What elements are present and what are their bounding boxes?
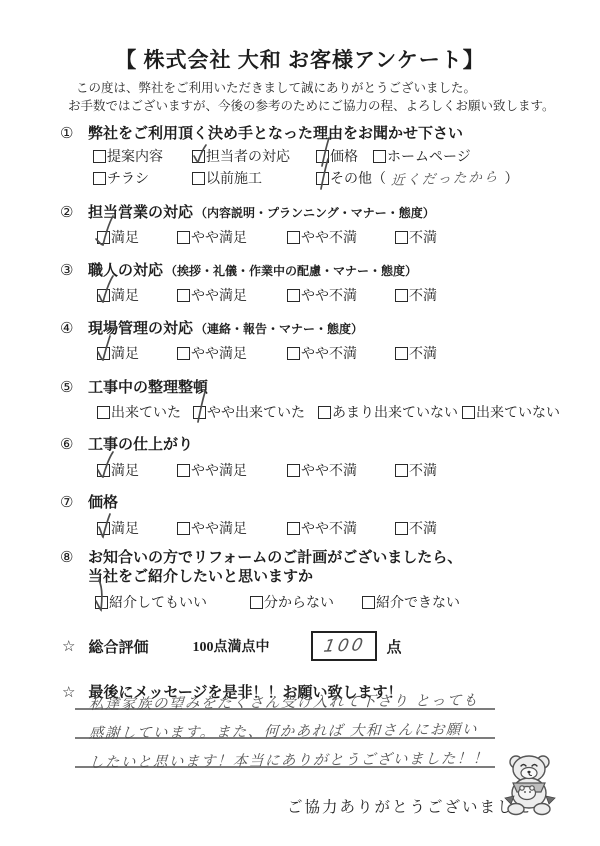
- handwritten-score: 100: [322, 635, 367, 656]
- option-label: チラシ: [107, 172, 149, 187]
- question-title: 担当営業の対応: [88, 201, 193, 222]
- option-label: やや不満: [301, 347, 357, 362]
- checkbox-option[interactable]: ホームページ: [373, 146, 471, 166]
- option-label-suffix: ）: [505, 172, 519, 187]
- option-label: 価格: [330, 150, 358, 165]
- checkbox-option[interactable]: 不満: [395, 285, 437, 305]
- checkbox-option[interactable]: 紹介できない: [362, 592, 460, 612]
- checkbox-box: [287, 464, 300, 477]
- checkbox-box: [316, 172, 329, 185]
- checkbox-box: [97, 464, 110, 477]
- option-label: やや不満: [301, 522, 357, 537]
- checkbox-option[interactable]: 分からない: [250, 592, 362, 612]
- option-label: 分からない: [264, 596, 334, 611]
- overall-score-row: ☆ 総合評価 100点満点中 100 点: [62, 631, 401, 661]
- checkbox-box: [97, 231, 110, 244]
- question-note: （内容説明・プランニング・マナー・態度）: [195, 204, 435, 221]
- options-row: 満足やや満足やや不満不満: [97, 285, 437, 305]
- options-row: 紹介してもいい分からない紹介できない: [95, 592, 460, 612]
- checkbox-option[interactable]: 提案内容: [93, 146, 192, 166]
- checkbox-option-other[interactable]: その他（近くだったから）: [316, 167, 519, 188]
- option-label: 満足: [111, 289, 139, 304]
- score-unit: 点: [386, 636, 401, 657]
- checkbox-option[interactable]: やや不満: [287, 518, 395, 538]
- checkbox-option[interactable]: やや不満: [287, 460, 395, 480]
- ruled-line: したいと思います！本当にありがとうございました！！: [75, 739, 495, 768]
- option-label: 不満: [409, 231, 437, 246]
- option-label: 不満: [409, 522, 437, 537]
- question-number: ④: [60, 319, 88, 338]
- checkbox-box: [395, 522, 408, 535]
- checkbox-option[interactable]: 満足: [97, 343, 177, 363]
- options-row: チラシ以前施工その他（近くだったから）: [93, 167, 519, 188]
- ruled-line: 私達家族の望みをたくさん受け入れて下さり とっても: [75, 681, 495, 710]
- checkbox-option[interactable]: 以前施工: [192, 168, 316, 188]
- option-label: やや満足: [191, 231, 247, 246]
- survey-form: 【 株式会社 大和 お客様アンケート】 この度は、弊社をご利用いただきまして誠に…: [0, 0, 600, 846]
- checkbox-box: [192, 172, 205, 185]
- checkbox-box: [97, 289, 110, 302]
- checkbox-box: [318, 406, 331, 419]
- checkbox-option[interactable]: やや不満: [287, 227, 395, 247]
- checkbox-option[interactable]: やや満足: [177, 343, 287, 363]
- options-row: 出来ていたやや出来ていたあまり出来ていない出来ていない: [97, 402, 560, 422]
- question-title: お知合いの方でリフォームのご計画がございましたら、: [88, 546, 462, 567]
- question-title: 職人の対応: [88, 259, 163, 280]
- ruled-line: 感謝しています。また、何かあれば 大和さんにお願い: [75, 710, 495, 739]
- question-title: 工事中の整理整頓: [88, 376, 208, 397]
- checkbox-box: [97, 522, 110, 535]
- checkbox-option[interactable]: 満足: [97, 518, 177, 538]
- option-label: 紹介してもいい: [109, 596, 207, 611]
- option-label: 担当者の対応: [206, 150, 290, 165]
- star-icon: ☆: [62, 637, 75, 656]
- checkbox-option[interactable]: 出来ていない: [462, 402, 560, 422]
- question-title-line2: 当社をご紹介したいと思いますか: [88, 565, 313, 586]
- checkbox-option[interactable]: 紹介してもいい: [95, 592, 250, 612]
- checkbox-box: [177, 347, 190, 360]
- question-number: ③: [60, 261, 88, 280]
- option-label: 満足: [111, 522, 139, 537]
- option-label: やや満足: [191, 464, 247, 479]
- checkbox-option[interactable]: 不満: [395, 460, 437, 480]
- checkbox-option[interactable]: やや満足: [177, 460, 287, 480]
- checkbox-option[interactable]: やや不満: [287, 285, 395, 305]
- question-number: ①: [60, 124, 88, 143]
- intro-text: この度は、弊社をご利用いただきまして誠にありがとうございました。 お手数ではござ…: [68, 79, 555, 115]
- checkbox-box: [287, 347, 300, 360]
- checkbox-box: [287, 522, 300, 535]
- checkbox-box: [316, 150, 329, 163]
- option-label: 不満: [409, 464, 437, 479]
- question-note: （連絡・報告・マナー・態度）: [195, 320, 363, 337]
- question-number: ⑤: [60, 378, 88, 397]
- options-row: 提案内容担当者の対応価格ホームページ: [93, 146, 471, 166]
- star-icon: ☆: [62, 683, 75, 702]
- checkbox-option[interactable]: 満足: [97, 285, 177, 305]
- option-label: やや満足: [191, 347, 247, 362]
- question-title: 現場管理の対応: [88, 317, 193, 338]
- checkbox-option[interactable]: 不満: [395, 227, 437, 247]
- message-lines[interactable]: 私達家族の望みをたくさん受け入れて下さり とっても 感謝しています。また、何かあ…: [75, 681, 495, 768]
- checkbox-box: [250, 596, 263, 609]
- intro-line-1: この度は、弊社をご利用いただきまして誠にありがとうございました。: [76, 79, 555, 97]
- overall-score-scale: 100点満点中: [192, 636, 269, 656]
- checkbox-option[interactable]: やや満足: [177, 518, 287, 538]
- option-label: やや出来ていた: [207, 406, 305, 421]
- checkbox-option[interactable]: やや満足: [177, 285, 287, 305]
- checkbox-option[interactable]: 不満: [395, 518, 437, 538]
- checkbox-box: [177, 522, 190, 535]
- checkbox-box: [395, 347, 408, 360]
- checkbox-option[interactable]: 不満: [395, 343, 437, 363]
- handwritten-other-reason: 近くだったから: [386, 165, 505, 189]
- checkbox-option[interactable]: 満足: [97, 460, 177, 480]
- checkbox-option[interactable]: 出来ていた: [97, 402, 193, 422]
- intro-line-2: お手数ではございますが、今後の参考のためにご協力の程、よろしくお願い致します。: [68, 97, 555, 115]
- checkbox-box: [287, 231, 300, 244]
- checkbox-box: [177, 231, 190, 244]
- checkbox-box: [193, 406, 206, 419]
- option-label: 不満: [409, 347, 437, 362]
- option-label: 紹介できない: [376, 596, 460, 611]
- question-title: 工事の仕上がり: [88, 433, 193, 454]
- option-label: やや不満: [301, 464, 357, 479]
- option-label: 満足: [111, 231, 139, 246]
- checkbox-box: [395, 289, 408, 302]
- question-number: ⑥: [60, 435, 88, 454]
- option-label: 満足: [111, 464, 139, 479]
- overall-score-label: 総合評価: [88, 636, 148, 657]
- checkbox-box: [192, 150, 205, 163]
- option-label: 以前施工: [206, 172, 262, 187]
- checkbox-box: [395, 464, 408, 477]
- question-number: ⑧: [60, 548, 88, 567]
- checkbox-box: [95, 596, 108, 609]
- option-label: その他（: [330, 172, 386, 187]
- option-label: 不満: [409, 289, 437, 304]
- option-label: 提案内容: [107, 150, 163, 165]
- checkbox-option[interactable]: 満足: [97, 227, 177, 247]
- checkbox-box: [97, 347, 110, 360]
- option-label: やや不満: [301, 231, 357, 246]
- handwritten-message-line: したいと思います！本当にありがとうございました！！: [89, 747, 490, 772]
- checkbox-box: [93, 150, 106, 163]
- option-label: 満足: [111, 347, 139, 362]
- checkbox-option[interactable]: やや出来ていた: [193, 402, 318, 422]
- checkbox-option[interactable]: 価格: [316, 146, 373, 166]
- checkbox-box: [462, 406, 475, 419]
- option-label: ホームページ: [387, 150, 471, 165]
- checkbox-box: [362, 596, 375, 609]
- score-box[interactable]: 100: [311, 631, 377, 661]
- footer-thanks: ご協力ありがとうございました: [287, 795, 532, 817]
- checkbox-option[interactable]: あまり出来ていない: [318, 402, 462, 422]
- checkbox-box: [373, 150, 386, 163]
- options-row: 満足やや満足やや不満不満: [97, 518, 437, 538]
- bear-mascot-icon: [499, 752, 561, 816]
- question-number: ⑦: [60, 493, 88, 512]
- question-title: 弊社をご利用頂く決め手となった理由をお聞かせ下さい: [88, 122, 463, 143]
- checkbox-box: [287, 289, 300, 302]
- option-label: 出来ていない: [476, 406, 560, 421]
- question-title: 価格: [88, 491, 118, 512]
- checkbox-option[interactable]: やや不満: [287, 343, 395, 363]
- option-label: やや満足: [191, 289, 247, 304]
- checkbox-box: [177, 464, 190, 477]
- checkbox-box: [395, 231, 408, 244]
- option-label: やや不満: [301, 289, 357, 304]
- checkbox-box: [177, 289, 190, 302]
- option-label: やや満足: [191, 522, 247, 537]
- checkbox-box: [97, 406, 110, 419]
- option-label: あまり出来ていない: [332, 406, 458, 421]
- checkbox-option[interactable]: 担当者の対応: [192, 146, 316, 166]
- checkbox-option[interactable]: やや満足: [177, 227, 287, 247]
- question-number: ②: [60, 203, 88, 222]
- checkbox-box: [93, 172, 106, 185]
- question-note: （挨拶・礼儀・作業中の配慮・マナー・態度）: [165, 262, 417, 279]
- option-label: 出来ていた: [111, 406, 181, 421]
- options-row: 満足やや満足やや不満不満: [97, 343, 437, 363]
- checkbox-option[interactable]: チラシ: [93, 168, 192, 188]
- options-row: 満足やや満足やや不満不満: [97, 227, 437, 247]
- page-title: 【 株式会社 大和 お客様アンケート】: [0, 44, 600, 74]
- options-row: 満足やや満足やや不満不満: [97, 460, 437, 480]
